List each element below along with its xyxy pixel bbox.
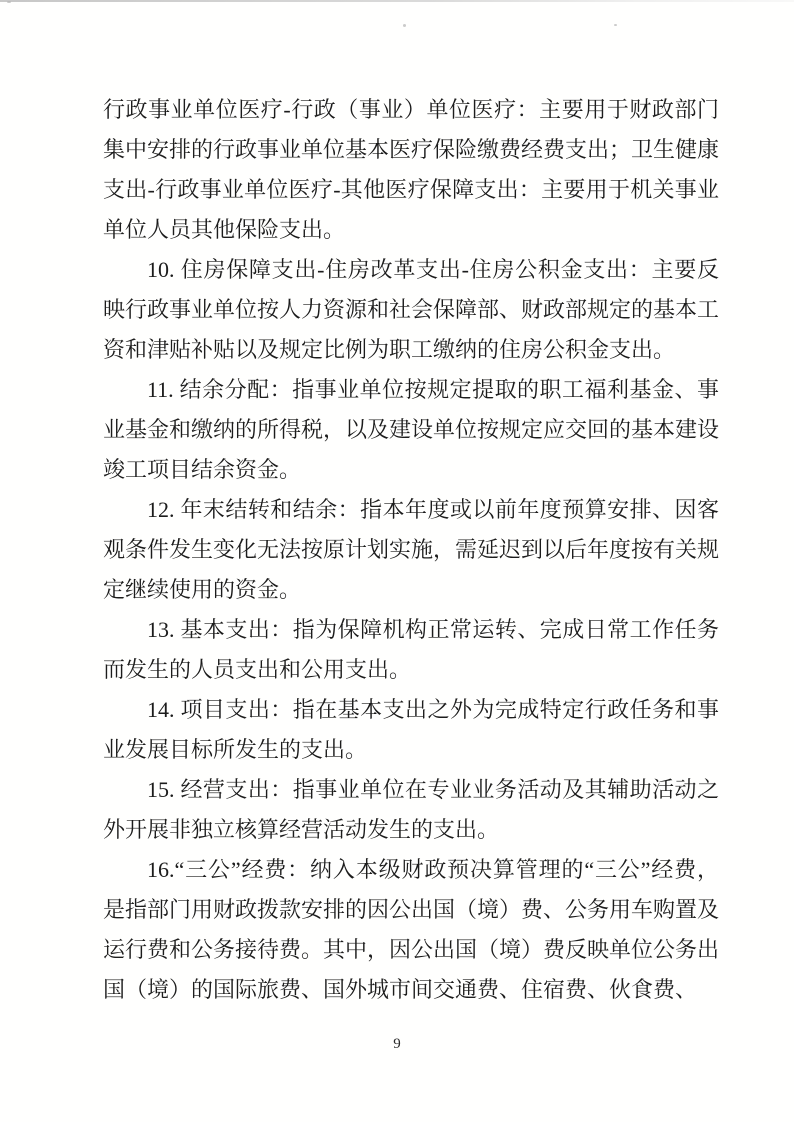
paragraph-item-11-surplus-distribution: 11. 结余分配：指事业单位按规定提取的职工福利基金、事业基金和缴纳的所得税，以… bbox=[103, 370, 719, 490]
paragraph-item-12-year-end-carryover: 12. 年末结转和结余：指本年度或以前年度预算安排、因客观条件发生变化无法按原计… bbox=[103, 490, 719, 610]
scan-artifact-speck bbox=[614, 24, 617, 26]
paragraph-item-13-basic-expenditure: 13. 基本支出：指为保障机构正常运转、完成日常工作任务而发生的人员支出和公用支… bbox=[103, 610, 719, 690]
scan-artifact-speck bbox=[403, 24, 406, 27]
page-footer: 9 bbox=[0, 1036, 794, 1053]
paragraph-medical-expenditure-continuation: 行政事业单位医疗-行政（事业）单位医疗：主要用于财政部门集中安排的行政事业单位基… bbox=[103, 90, 719, 250]
paragraph-item-14-project-expenditure: 14. 项目支出：指在基本支出之外为完成特定行政任务和事业发展目标所发生的支出。 bbox=[103, 690, 719, 770]
scan-artifact-speck bbox=[7, 1, 11, 3]
paragraph-item-10-housing-security: 10. 住房保障支出-住房改革支出-住房公积金支出：主要反映行政事业单位按人力资… bbox=[103, 250, 719, 370]
page-body-text: 行政事业单位医疗-行政（事业）单位医疗：主要用于财政部门集中安排的行政事业单位基… bbox=[103, 90, 719, 1010]
document-page: 行政事业单位医疗-行政（事业）单位医疗：主要用于财政部门集中安排的行政事业单位基… bbox=[0, 0, 794, 1122]
paragraph-item-15-operating-expenditure: 15. 经营支出：指事业单位在专业业务活动及其辅助活动之外开展非独立核算经营活动… bbox=[103, 770, 719, 850]
scan-artifact-top-line bbox=[0, 0, 794, 2]
paragraph-item-16-three-public-funds: 16.“三公”经费：纳入本级财政预决算管理的“三公”经费，是指部门用财政拨款安排… bbox=[103, 850, 719, 1010]
page-number: 9 bbox=[393, 1036, 401, 1052]
